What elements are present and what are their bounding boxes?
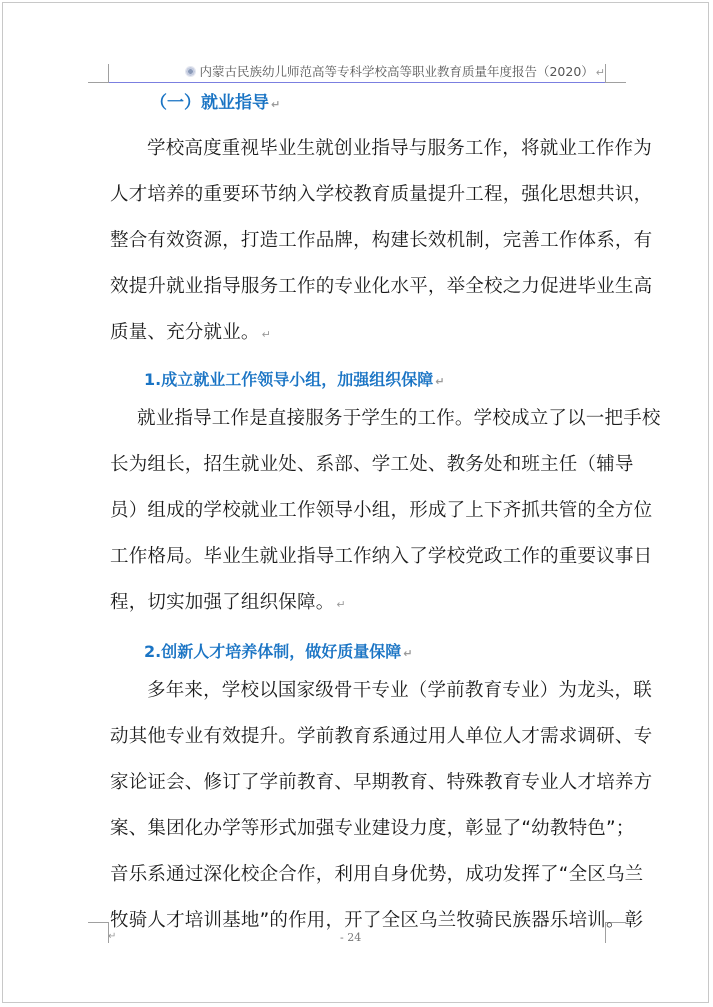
page-header: 内蒙古民族幼儿师范高等专科学校高等职业教育质量年度报告（2020）↵ <box>109 63 605 83</box>
text-line-content: 程，切实加强了组织保障。 <box>110 592 334 613</box>
text-line: 学校高度重视毕业生就创业指导与服务工作，将就业工作作为 <box>110 126 610 172</box>
paragraph-mark-icon: ↵ <box>271 98 280 111</box>
text-line: 工作格局。毕业生就业指导工作纳入了学校党政工作的重要议事日 <box>110 534 610 580</box>
crop-mark-bottom-left <box>88 922 109 943</box>
paragraph-mark-icon: ↵ <box>108 931 116 942</box>
intro-paragraph: 学校高度重视毕业生就创业指导与服务工作，将就业工作作为 人才培养的重要环节纳入学… <box>110 126 610 358</box>
paragraph-mark-icon: ↵ <box>403 647 412 660</box>
text-line: 就业指导工作是直接服务于学生的工作。学校成立了以一把手校 <box>110 396 610 442</box>
header-title: 内蒙古民族幼儿师范高等专科学校高等职业教育质量年度报告（2020） <box>199 64 593 79</box>
text-line: 效提升就业指导服务工作的专业化水平，举全校之力促进毕业生高 <box>110 264 610 310</box>
text-line: 员）组成的学校就业工作领导小组，形成了上下齐抓共管的全方位 <box>110 488 610 534</box>
text-line: 整合有效资源，打造工作品牌，构建长效机制，完善工作体系，有 <box>110 218 610 264</box>
subsection-heading-text: 2.创新人才培养体制，做好质量保障 <box>144 642 401 661</box>
subsection-heading-text: 1.成立就业工作领导小组，加强组织保障 <box>144 370 433 389</box>
text-line: 多年来，学校以国家级骨干专业（学前教育专业）为龙头，联 <box>110 668 610 714</box>
text-line: 动其他专业有效提升。学前教育系通过用人单位人才需求调研、专 <box>110 714 610 760</box>
subsection-paragraph-2: 多年来，学校以国家级骨干专业（学前教育专业）为龙头，联 动其他专业有效提升。学前… <box>110 668 610 944</box>
text-line-content: 质量、充分就业。 <box>110 322 260 343</box>
section-heading: （一）就业指导↵ <box>110 86 610 122</box>
subsection-heading-2: 2.创新人才培养体制，做好质量保障↵ <box>110 634 610 672</box>
text-line: 人才培养的重要环节纳入学校教育质量提升工程，强化思想共识， <box>110 172 610 218</box>
text-line: 音乐系通过深化校企合作，利用自身优势，成功发挥了“全区乌兰 <box>110 852 610 898</box>
crop-mark-top-left <box>88 64 109 83</box>
paragraph-mark-icon: ↵ <box>596 66 605 79</box>
text-line: 家论证会、修订了学前教育、早期教育、特殊教育专业人才培养方 <box>110 760 610 806</box>
text-line: 长为组长，招生就业处、系部、学工处、教务处和班主任（辅导 <box>110 442 610 488</box>
section-heading-text: （一）就业指导 <box>150 93 269 113</box>
school-emblem-icon <box>185 66 196 77</box>
page-number: - 24 <box>340 931 361 944</box>
text-line: 质量、充分就业。↵ <box>110 310 610 358</box>
subsection-heading-1: 1.成立就业工作领导小组，加强组织保障↵ <box>110 362 610 400</box>
crop-mark-top-right <box>605 64 626 83</box>
text-line: 程，切实加强了组织保障。↵ <box>110 580 610 628</box>
document-body[interactable]: （一）就业指导↵ 学校高度重视毕业生就创业指导与服务工作，将就业工作作为 人才培… <box>110 86 610 944</box>
paragraph-mark-icon: ↵ <box>435 375 444 388</box>
paragraph-mark-icon: ↵ <box>336 598 345 611</box>
subsection-paragraph-1: 就业指导工作是直接服务于学生的工作。学校成立了以一把手校 长为组长，招生就业处、… <box>110 396 610 628</box>
text-line: 案、集团化办学等形式加强专业建设力度，彰显了“幼教特色”； <box>110 806 610 852</box>
paragraph-mark-icon: ↵ <box>262 328 271 341</box>
